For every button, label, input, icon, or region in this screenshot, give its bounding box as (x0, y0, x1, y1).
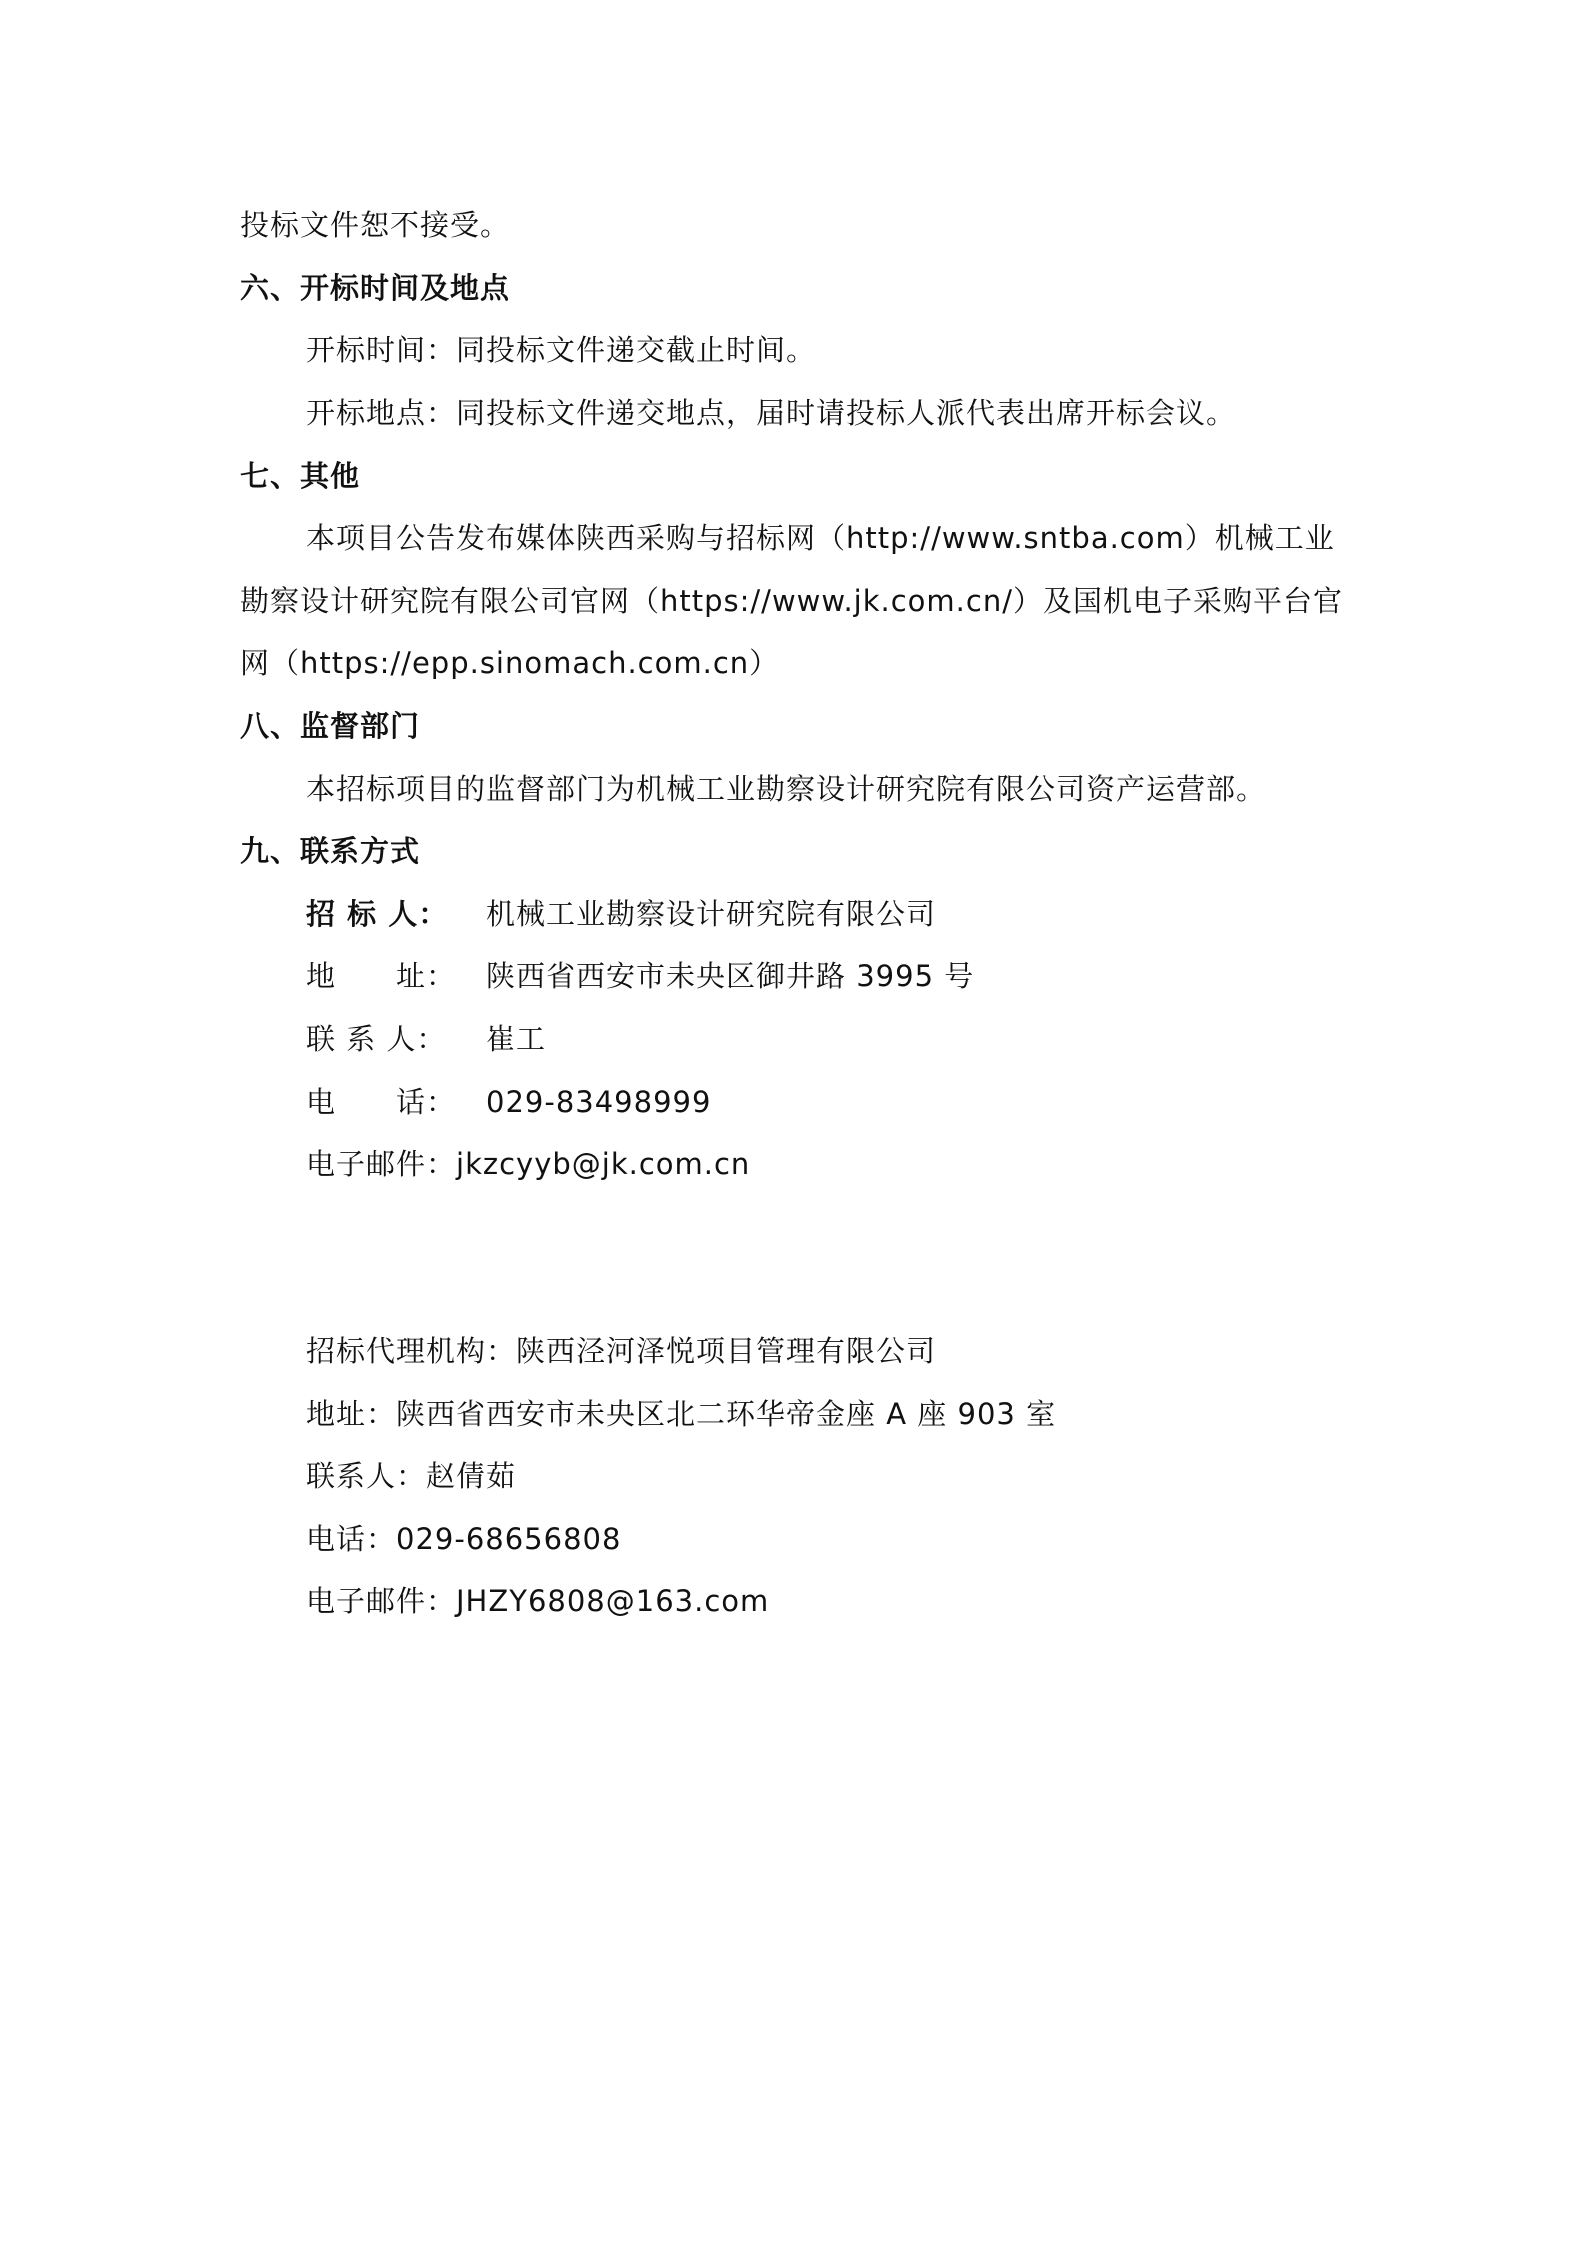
contact-label: 联 系 人： (306, 1019, 486, 1059)
section-heading-8: 八、监督部门 (240, 706, 420, 746)
contact-label: 地 址： (306, 956, 486, 996)
contact-row-person: 联 系 人：崔工 (306, 1019, 546, 1059)
agency-phone: 电话：029-68656808 (306, 1519, 621, 1559)
contact-label: 招 标 人： (306, 894, 486, 934)
contact-label: 电子邮件： (306, 1147, 456, 1181)
contact-value: jkzcyyb@jk.com.cn (456, 1147, 750, 1181)
contact-value: 崔工 (486, 1022, 546, 1056)
agency-contact: 联系人：赵倩茹 (306, 1456, 516, 1496)
contact-row-tenderer: 招 标 人：机械工业勘察设计研究院有限公司 (306, 894, 936, 934)
bid-opening-time: 开标时间：同投标文件递交截止时间。 (306, 330, 816, 370)
contact-label: 电 话： (306, 1082, 486, 1122)
agency-org: 招标代理机构：陕西泾河泽悦项目管理有限公司 (306, 1331, 936, 1371)
contact-value: 029-83498999 (486, 1085, 711, 1119)
other-line-1: 本项目公告发布媒体陕西采购与招标网（http://www.sntba.com）机… (306, 518, 1335, 558)
agency-email: 电子邮件：JHZY6808@163.com (306, 1581, 769, 1621)
section-heading-9: 九、联系方式 (240, 831, 420, 871)
other-line-3: 网（https://epp.sinomach.com.cn） (240, 643, 779, 683)
section-heading-6: 六、开标时间及地点 (240, 268, 510, 308)
supervision-text: 本招标项目的监督部门为机械工业勘察设计研究院有限公司资产运营部。 (306, 769, 1266, 809)
contact-value: 陕西省西安市未央区御井路 3995 号 (486, 959, 974, 993)
contact-row-address: 地 址：陕西省西安市未央区御井路 3995 号 (306, 956, 974, 996)
paragraph-continuation: 投标文件恕不接受。 (240, 205, 510, 245)
document-page: 投标文件恕不接受。 六、开标时间及地点 开标时间：同投标文件递交截止时间。 开标… (0, 0, 1587, 2245)
other-line-2: 勘察设计研究院有限公司官网（https://www.jk.com.cn/）及国机… (240, 581, 1343, 621)
bid-opening-place: 开标地点：同投标文件递交地点，届时请投标人派代表出席开标会议。 (306, 393, 1236, 433)
contact-row-phone: 电 话：029-83498999 (306, 1082, 711, 1122)
contact-row-email: 电子邮件：jkzcyyb@jk.com.cn (306, 1144, 750, 1184)
agency-address: 地址：陕西省西安市未央区北二环华帝金座 A 座 903 室 (306, 1394, 1056, 1434)
contact-value: 机械工业勘察设计研究院有限公司 (486, 897, 936, 931)
section-heading-7: 七、其他 (240, 456, 360, 496)
